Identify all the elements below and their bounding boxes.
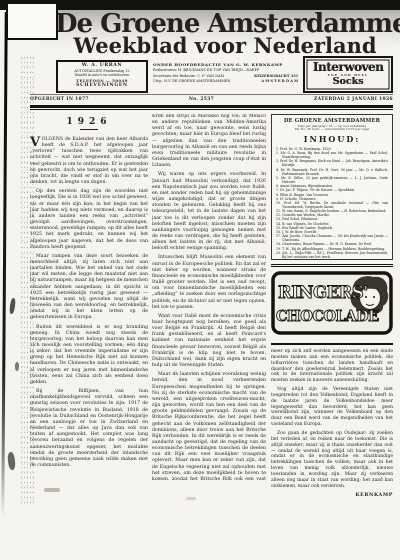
founded-label: OPGERICHT IN 1877 xyxy=(30,97,89,102)
scan-artifact xyxy=(7,452,16,471)
newspaper-page: De Groene Amsterdammer Weekblad voor Ned… xyxy=(0,0,400,560)
paragraph: VOLGENS de Kalender van den heer Albarda… xyxy=(30,137,148,186)
ringers-brand: RINGERS' xyxy=(278,283,368,302)
inhoud-item: 3. Prof. Dr. H. Brugmans, Kerk en Staat … xyxy=(276,159,388,167)
scan-artifact xyxy=(186,497,196,500)
editorial-city: A M S T E R D A M xyxy=(261,79,298,85)
interwoven-advert: Interwoven TOE AND HEEL Socks xyxy=(303,56,393,93)
paragraph: Want voor Italië moet de economische cri… xyxy=(152,314,266,369)
paragraph: Wij waren op iets ergers voorbereid. In … xyxy=(152,172,266,252)
inhoud-item: 5. Mr. E. Gilles, 25 jaar praktijk-exame… xyxy=(276,176,388,184)
ringers-advert: RINGERS' CHOCOLADE xyxy=(271,271,393,339)
header-rules xyxy=(30,105,393,110)
paragraph: Krim den strijd in Marokko nog vol; in M… xyxy=(152,114,266,169)
masthead: De Groene Amsterdammer Weekblad voor Ned… xyxy=(55,11,395,56)
author-signature: KERNKAMP xyxy=(271,492,393,498)
paragraph: Bij de Riffijnen, van hun onafhankelijkh… xyxy=(30,389,148,469)
inhoud-item: 4. Dr. W. Banninck, Prof. Dr. H. Oort, 9… xyxy=(276,168,388,176)
article-heading: 1926 xyxy=(30,117,148,127)
newspaper-subtitle: Weekblad voor Nederland xyxy=(55,36,395,56)
editorial-line: Uitg.: N.V. DE GROENE AMSTERDAMMER xyxy=(153,79,230,85)
advert-line: SCHEVENINGEN xyxy=(58,83,146,89)
scan-artifact xyxy=(44,488,60,492)
column3-text: meer op zich zelf worden aangewezen en e… xyxy=(271,349,393,489)
ringers-advert-art: RINGERS' CHOCOLADE xyxy=(271,271,393,335)
paragraph: Op den eersten dag zijn de woorden niet … xyxy=(30,189,148,251)
paragraph: Buiten dit werelddeel is er nog branding… xyxy=(30,325,148,387)
scan-corner-notch xyxy=(6,2,58,40)
scan-artifact xyxy=(9,298,16,315)
paragraph: Intusschen blijft Mussolini een element … xyxy=(152,255,266,310)
ringers-product: CHOCOLADE xyxy=(276,308,379,325)
inhoud-item: 2. Mr. G. A. Boon, Bij den dood van Mr. … xyxy=(276,151,388,159)
inhoud-item: 10. Prof. Ed. W. Berlin, De muzikale toe… xyxy=(276,201,388,209)
paragraph-group: Op den eersten dag zijn de woorden niet … xyxy=(30,189,148,470)
issue-number: No. 2537 xyxy=(189,97,214,102)
inhoud-item: 20. Joh. L., Stijlo-Pille — Ed J., Feuil… xyxy=(276,251,388,259)
advert-brand: Interwoven xyxy=(305,61,391,73)
article-column-2: Krim den strijd in Marokko nog vol; in M… xyxy=(152,114,266,480)
editorial-block: ONDER HOOFDREDACTIE VAN G. W. KERNKAMP R… xyxy=(153,62,298,85)
advert-product: Socks xyxy=(305,77,391,87)
paragraph: Maar de laatsten schijnen vooralsnog wei… xyxy=(152,372,266,480)
paragraph: meer op zich zelf worden aangewezen en e… xyxy=(271,349,393,384)
inhoud-list: 1. Prof. Dr. G. W. Kernkamp, 1926.2. Mr.… xyxy=(276,147,388,259)
divider xyxy=(271,264,393,267)
issue-date: ZATERDAG 2 JANUARI 1926 xyxy=(314,97,393,102)
divider xyxy=(271,343,393,346)
inhoud-item: 18. Charivarius, Ruize-Rijmen — Dr. H. G… xyxy=(276,242,388,246)
article-column-3: DE GROENE AMSTERDAMMER Prijs per Jaargan… xyxy=(271,114,393,480)
heading-rule xyxy=(80,129,98,130)
paragraph: Zoo gaan de gedachten op Oudejaar: zij z… xyxy=(271,431,393,489)
scan-left-edge xyxy=(1,12,8,517)
article-column-1: 1926 VOLGENS de Kalender van den heer Al… xyxy=(30,114,148,470)
paragraph: Maar rampen van deze soort bezoeken de m… xyxy=(30,254,148,322)
inhoud-box: DE GROENE AMSTERDAMMER Prijs per Jaargan… xyxy=(271,114,393,260)
drop-cap: V xyxy=(30,137,42,149)
paragraph: Nog altijd zijn de Vereenigde Staten nie… xyxy=(271,387,393,428)
inhoud-item: 17. Ada Jacobs, Chocola-Chansons — Uit h… xyxy=(276,234,388,242)
dateline: OPGERICHT IN 1877 No. 2537 ZATERDAG 2 JA… xyxy=(30,97,393,102)
inhoud-heading: INHOUD: xyxy=(276,134,388,144)
inhoud-price: Per No. 30 Cent. — Advertentiën f 0.75 p… xyxy=(276,128,388,132)
urban-advert: W. A. URBAN AUTOSTALLING Frankenslag 12 … xyxy=(56,60,148,93)
divider xyxy=(30,94,393,95)
scan-artifact xyxy=(15,362,19,371)
